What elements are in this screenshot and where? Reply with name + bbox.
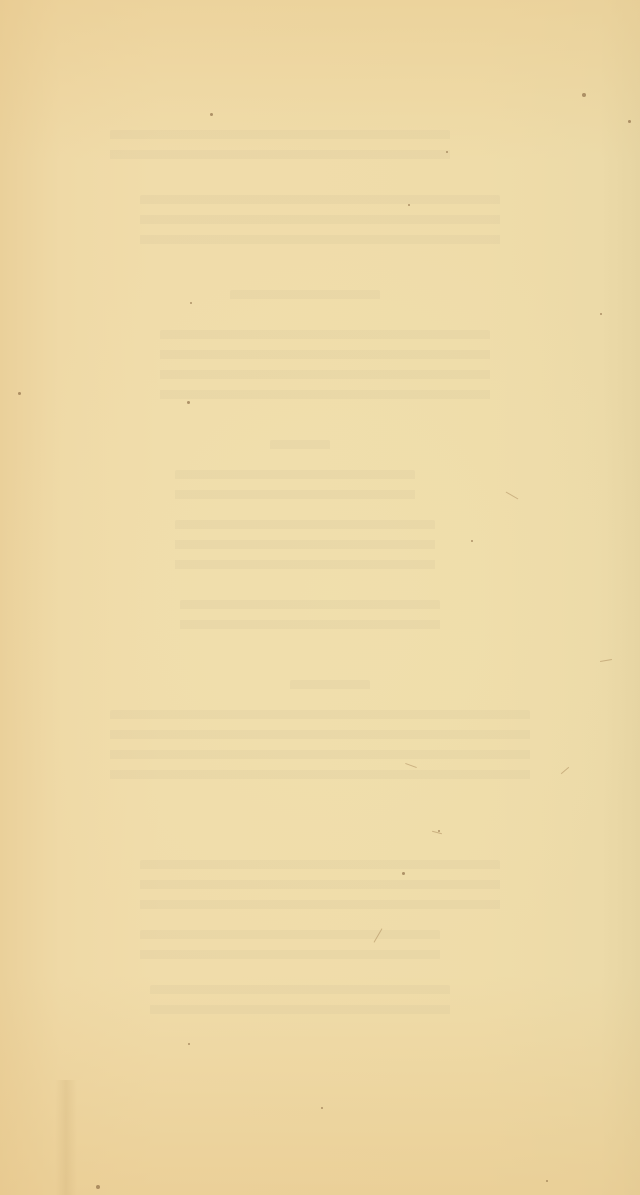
paper-fiber xyxy=(432,831,442,835)
paper-speck xyxy=(321,1107,323,1109)
show-through-text-block xyxy=(175,520,435,580)
show-through-text-block xyxy=(230,290,380,308)
paper-speck xyxy=(96,1185,100,1189)
show-through-text-block xyxy=(180,600,440,640)
paper-speck xyxy=(600,313,602,315)
spine-shadow xyxy=(55,1080,77,1195)
paper-speck xyxy=(471,540,473,542)
show-through-text-block xyxy=(110,130,450,170)
paper-speck xyxy=(18,392,21,395)
show-through-text-block xyxy=(270,440,330,456)
paper-fiber xyxy=(600,659,612,662)
paper-speck xyxy=(628,120,631,123)
paper-speck xyxy=(408,204,410,206)
show-through-text-block xyxy=(140,195,500,255)
show-through-text-block xyxy=(290,680,370,696)
paper-speck xyxy=(188,1043,190,1045)
paper-speck xyxy=(190,302,192,304)
paper-fiber xyxy=(561,767,569,774)
paper-speck xyxy=(210,113,213,116)
show-through-text-block xyxy=(175,470,415,510)
paper-speck xyxy=(187,401,190,404)
paper-speck xyxy=(582,93,586,97)
show-through-text-block xyxy=(150,985,450,1015)
blank-paper-page xyxy=(0,0,640,1195)
paper-fiber xyxy=(506,492,519,500)
show-through-text-block xyxy=(110,710,530,780)
show-through-text-block xyxy=(160,330,490,410)
show-through-text-block xyxy=(140,860,500,910)
show-through-text-block xyxy=(140,930,440,960)
paper-speck xyxy=(402,872,405,875)
paper-speck xyxy=(546,1180,548,1182)
paper-speck xyxy=(446,151,448,153)
